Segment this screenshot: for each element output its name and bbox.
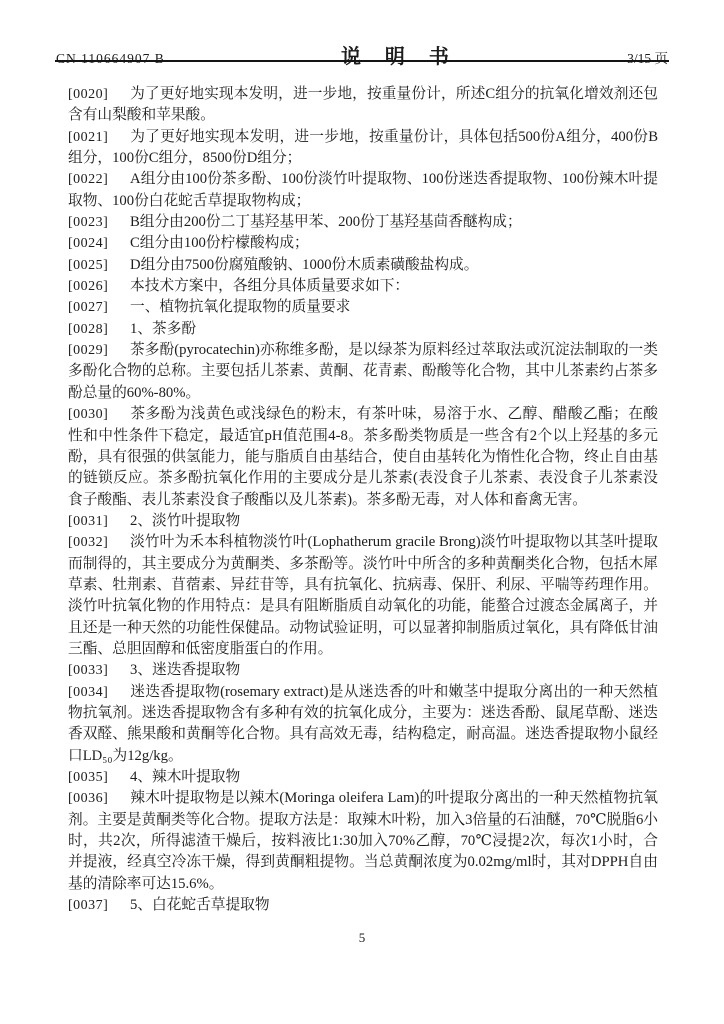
paragraph-text: 迷迭香提取物(rosemary extract)是从迷迭香的叶和嫩茎中提取分离出… xyxy=(68,684,658,764)
paragraph: [0025]D组分由7500份腐殖酸钠、1000份木质素磺酸盐构成。 xyxy=(68,255,658,276)
paragraph-text: 一、植物抗氧化提取物的质量要求 xyxy=(130,299,350,315)
paragraph-number: [0027] xyxy=(68,297,130,318)
paragraph-text: B组分由200份二丁基羟基甲苯、200份丁基羟基茴香醚构成； xyxy=(130,214,522,230)
sheet-indicator: 3/15 页 xyxy=(627,47,668,67)
paragraph-text: 茶多酚(pyrocatechin)亦称维多酚，是以绿茶为原料经过萃取法或沉淀法制… xyxy=(68,342,658,401)
paragraph: [0030]茶多酚为浅黄色或浅绿色的粉末，有茶叶味，易溶于水、乙醇、醋酸乙酯；在… xyxy=(68,404,658,511)
paragraph-number: [0037] xyxy=(68,895,130,916)
page-footer: 5 xyxy=(0,930,724,946)
header-divider xyxy=(55,60,669,62)
paragraph-number: [0024] xyxy=(68,233,130,254)
paragraph: [0031]2、淡竹叶提取物 xyxy=(68,511,658,532)
paragraph-text: 茶多酚为浅黄色或浅绿色的粉末，有茶叶味，易溶于水、乙醇、醋酸乙酯；在酸性和中性条… xyxy=(68,406,658,507)
paragraph: [0023]B组分由200份二丁基羟基甲苯、200份丁基羟基茴香醚构成； xyxy=(68,212,658,233)
paragraph: [0022]A组分由100份茶多酚、100份淡竹叶提取物、100份迷迭香提取物、… xyxy=(68,169,658,212)
paragraph-text: D组分由7500份腐殖酸钠、1000份木质素磺酸盐构成。 xyxy=(130,257,478,273)
paragraph-text: C组分由100份柠檬酸构成； xyxy=(130,235,309,251)
paragraph-text: 为了更好地实现本发明，进一步地，按重量份计，所述C组分的抗氧化增效剂还包含有山梨… xyxy=(68,86,658,123)
paragraph-number: [0035] xyxy=(68,767,130,788)
paragraph: [0036]辣木叶提取物是以辣木(Moringa oleifera Lam)的叶… xyxy=(68,788,658,895)
paragraph: [0037]5、白花蛇舌草提取物 xyxy=(68,895,658,916)
paragraph-number: [0028] xyxy=(68,319,130,340)
paragraph-text: 3、迷迭香提取物 xyxy=(130,662,240,678)
paragraph-number: [0032] xyxy=(68,532,130,553)
paragraph: [0035]4、辣木叶提取物 xyxy=(68,767,658,788)
paragraph: [0026]本技术方案中，各组分具体质量要求如下： xyxy=(68,276,658,297)
paragraph-text: 5、白花蛇舌草提取物 xyxy=(130,897,270,913)
paragraph-number: [0029] xyxy=(68,340,130,361)
paragraph-text: 2、淡竹叶提取物 xyxy=(130,513,240,529)
paragraph-number: [0021] xyxy=(68,127,130,148)
paragraph-number: [0036] xyxy=(68,788,130,809)
paragraph-number: [0031] xyxy=(68,511,130,532)
page-number: 5 xyxy=(359,930,366,945)
paragraph-text: 为了更好地实现本发明，进一步地，按重量份计，具体包括500份A组分，400份B组… xyxy=(68,129,658,166)
paragraph-text: 辣木叶提取物是以辣木(Moringa oleifera Lam)的叶提取分离出的… xyxy=(68,790,658,891)
paragraph-number: [0033] xyxy=(68,660,130,681)
paragraph-number: [0026] xyxy=(68,276,130,297)
paragraph-text: 本技术方案中，各组分具体质量要求如下： xyxy=(130,278,409,294)
paragraph-number: [0030] xyxy=(68,404,130,425)
page-header: CN 110664907 B 说 明 书 3/15 页 xyxy=(56,38,668,67)
paragraph-text: A组分由100份茶多酚、100份淡竹叶提取物、100份迷迭香提取物、100份辣木… xyxy=(68,171,658,208)
paragraph: [0024]C组分由100份柠檬酸构成； xyxy=(68,233,658,254)
paragraph: [0028]1、茶多酚 xyxy=(68,319,658,340)
paragraph-number: [0034] xyxy=(68,682,130,703)
paragraph-text: 4、辣木叶提取物 xyxy=(130,769,240,785)
patent-number: CN 110664907 B xyxy=(56,51,165,67)
paragraph: [0034]迷迭香提取物(rosemary extract)是从迷迭香的叶和嫩茎… xyxy=(68,682,658,767)
paragraph-text: 淡竹叶为禾本科植物淡竹叶(Lophatherum gracile Brong)淡… xyxy=(68,534,658,657)
paragraph: [0032]淡竹叶为禾本科植物淡竹叶(Lophatherum gracile B… xyxy=(68,532,658,660)
paragraph: [0033]3、迷迭香提取物 xyxy=(68,660,658,681)
paragraph: [0027]一、植物抗氧化提取物的质量要求 xyxy=(68,297,658,318)
paragraph-number: [0020] xyxy=(68,84,130,105)
patent-specification-page: CN 110664907 B 说 明 书 3/15 页 [0020]为了更好地实… xyxy=(0,0,724,1024)
paragraph: [0020]为了更好地实现本发明，进一步地，按重量份计，所述C组分的抗氧化增效剂… xyxy=(68,84,658,127)
paragraph-number: [0022] xyxy=(68,169,130,190)
specification-body: [0020]为了更好地实现本发明，进一步地，按重量份计，所述C组分的抗氧化增效剂… xyxy=(68,84,658,916)
paragraph-number: [0025] xyxy=(68,255,130,276)
document-title: 说 明 书 xyxy=(341,40,451,69)
paragraph-number: [0023] xyxy=(68,212,130,233)
paragraph: [0029]茶多酚(pyrocatechin)亦称维多酚，是以绿茶为原料经过萃取… xyxy=(68,340,658,404)
paragraph-text: 1、茶多酚 xyxy=(130,321,196,337)
paragraph: [0021]为了更好地实现本发明，进一步地，按重量份计，具体包括500份A组分，… xyxy=(68,127,658,170)
